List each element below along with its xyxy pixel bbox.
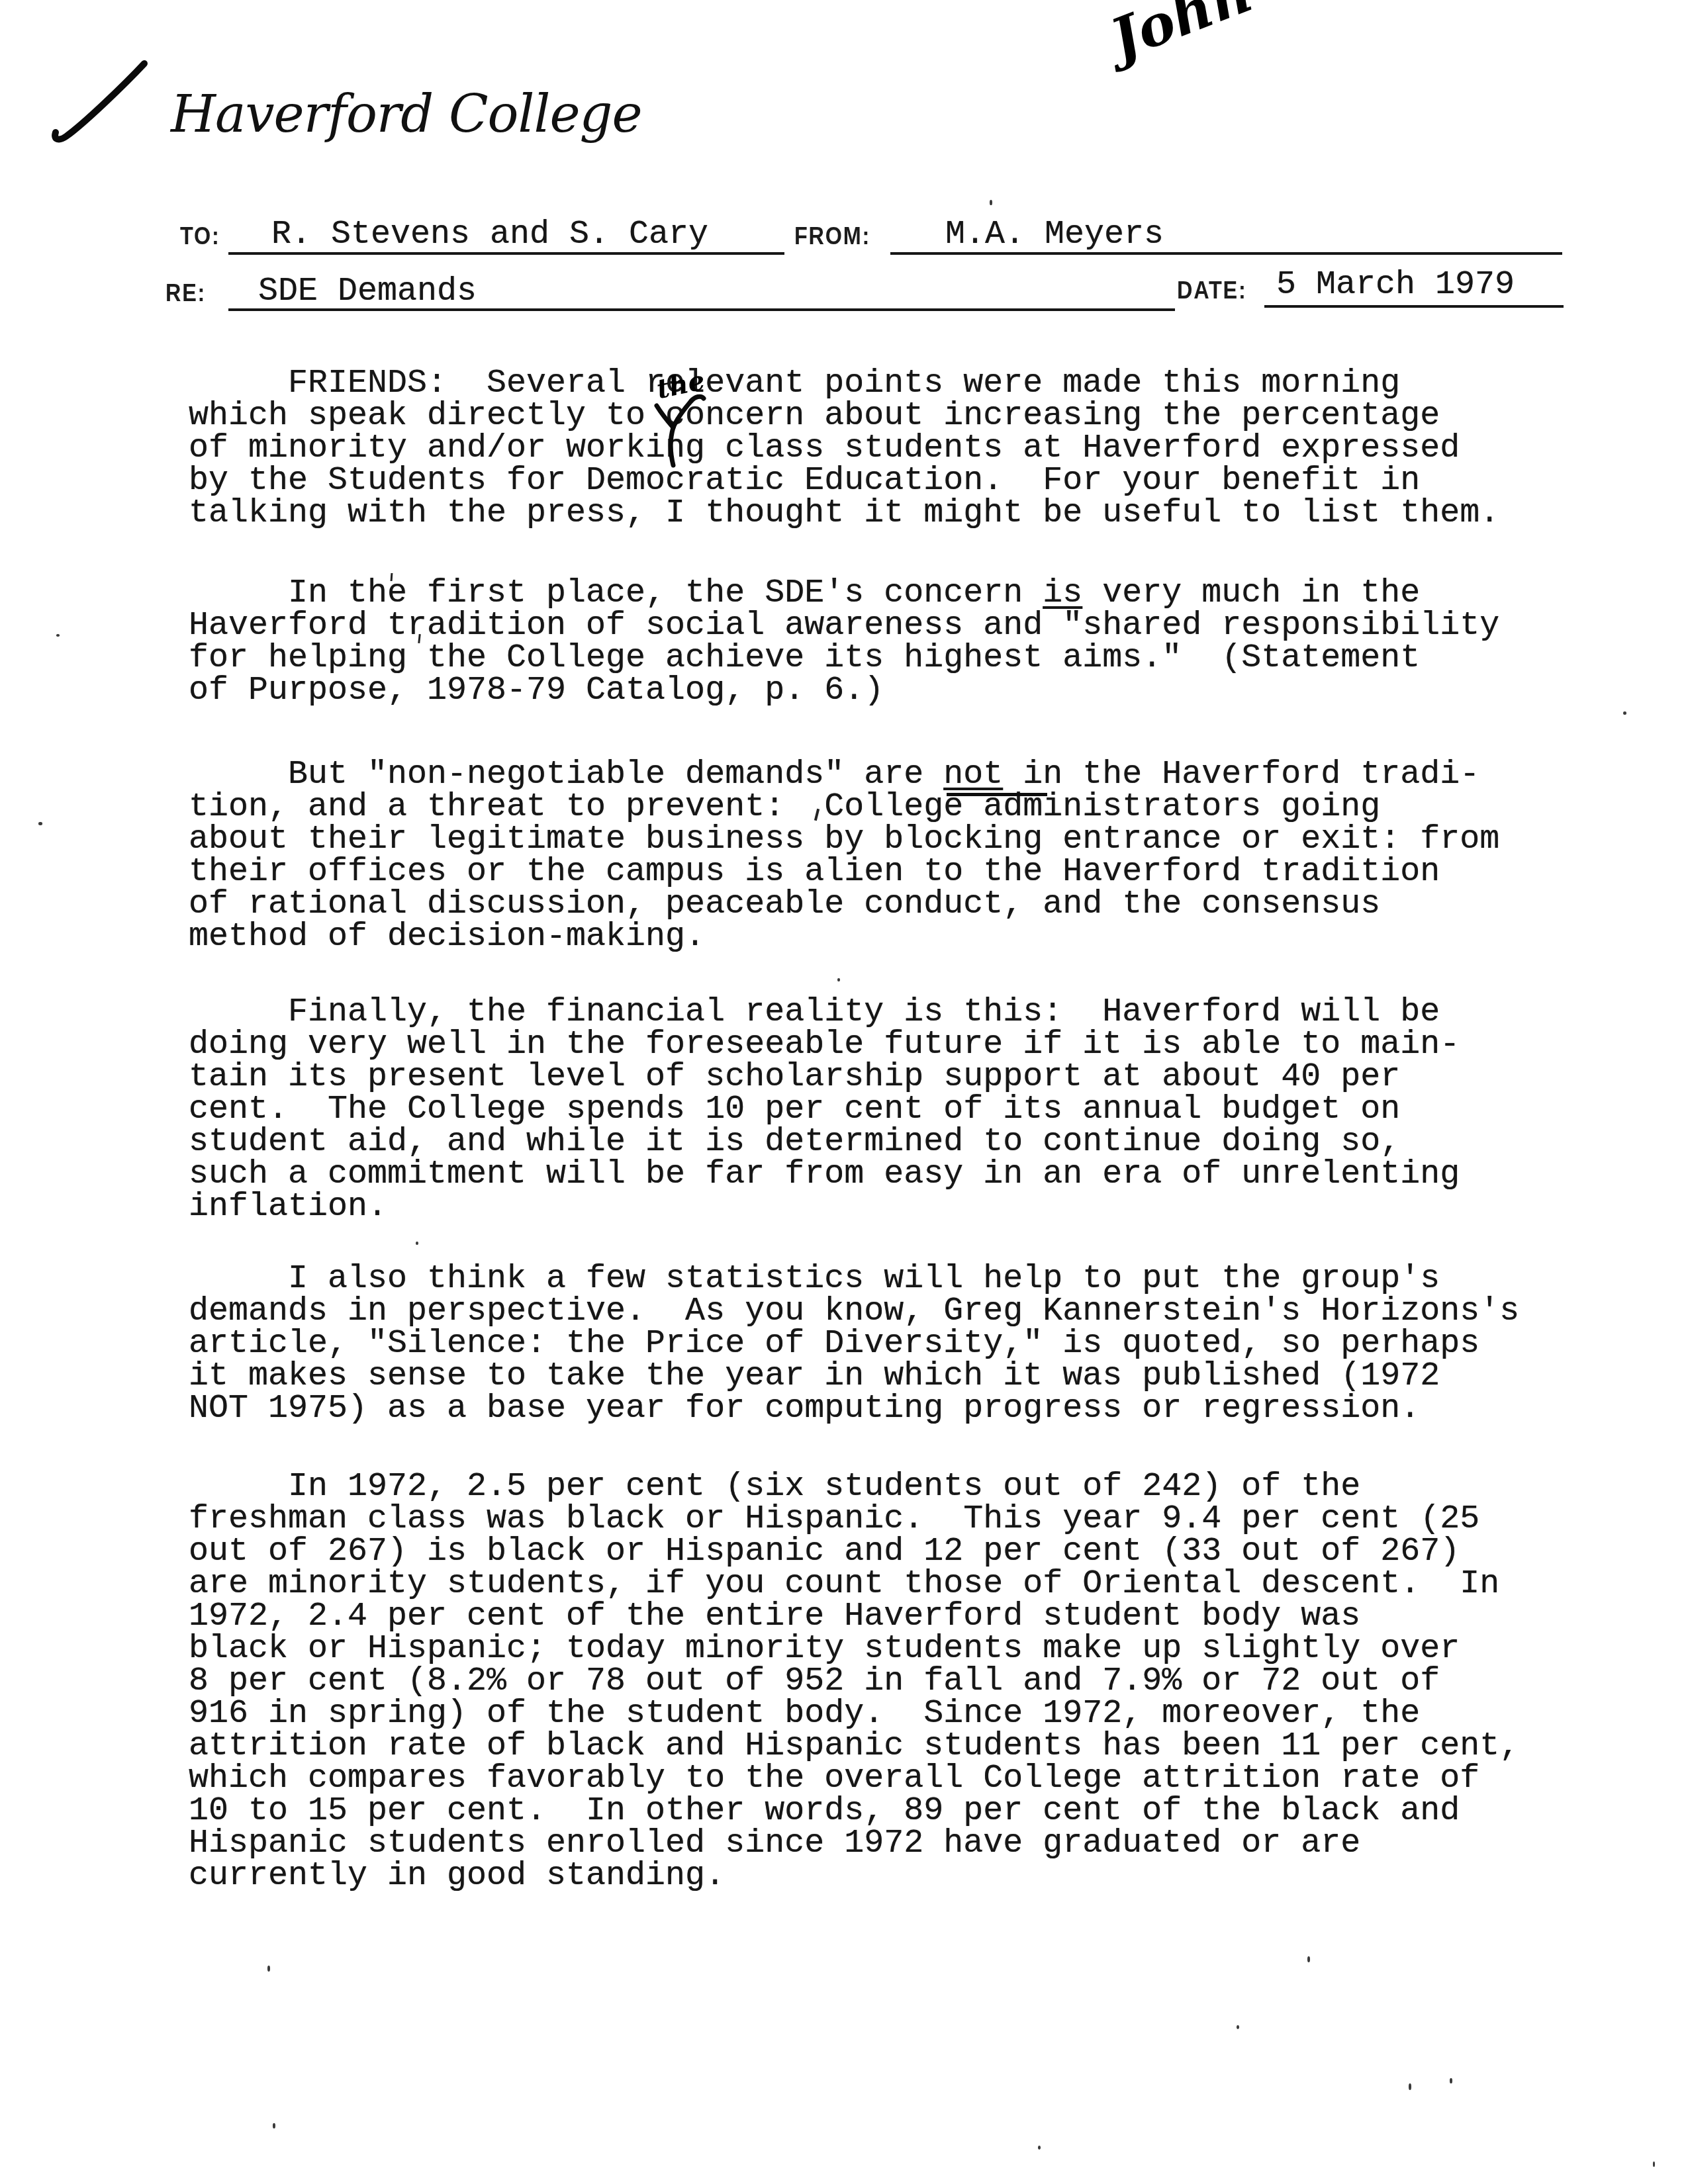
scan-speck	[1450, 2078, 1452, 2083]
to-value: R. Stevens and S. Cary	[271, 218, 708, 251]
paragraph-1972-data: In 1972, 2.5 per cent (six students out …	[189, 1471, 1519, 1892]
date-label: DATE:	[1177, 277, 1247, 304]
to-underline-rule	[228, 252, 784, 255]
paragraph-financial-reality: Finally, the financial reality is this: …	[189, 996, 1460, 1223]
to-label: TO:	[180, 222, 220, 250]
from-value: M.A. Meyers	[945, 218, 1164, 251]
scan-speck	[1307, 1956, 1310, 1962]
re-label: RE:	[165, 279, 206, 307]
paragraph-friends: FRIENDS: Several relevant points were ma…	[189, 367, 1499, 529]
scan-speck	[273, 2123, 275, 2128]
strikeout-mark	[947, 793, 1047, 796]
scan-speck	[38, 822, 42, 825]
handwritten-name: John	[1102, 0, 1260, 72]
scan-speck	[1237, 2025, 1239, 2029]
paragraph-statistics: I also think a few statistics will help …	[189, 1263, 1519, 1425]
re-value: SDE Demands	[258, 275, 477, 308]
date-value: 5 March 1979	[1276, 269, 1515, 301]
scan-speck	[990, 200, 992, 205]
re-underline-rule	[228, 308, 1175, 311]
scan-speck	[1653, 2161, 1655, 2167]
date-underline-rule	[1264, 305, 1564, 308]
from-underline-rule	[890, 252, 1562, 255]
scan-speck	[56, 634, 60, 637]
paragraph-non-negotiable: But "non-negotiable demands" are not in …	[189, 758, 1499, 953]
letterhead-logo: Haverford College	[171, 85, 642, 144]
scan-speck	[837, 978, 840, 981]
scan-speck	[416, 1242, 418, 1245]
from-label: FROM:	[794, 222, 870, 250]
handwritten-slash-mark	[48, 58, 154, 151]
memo-page: John Haverford College TO: R. Stevens an…	[0, 0, 1688, 2184]
scan-speck	[267, 1966, 270, 1972]
scan-speck	[1038, 2146, 1041, 2150]
scan-speck	[1623, 711, 1626, 715]
scan-speck	[1409, 2083, 1411, 2090]
paragraph-first-place: In the first place, the SDE's concern is…	[189, 577, 1499, 707]
